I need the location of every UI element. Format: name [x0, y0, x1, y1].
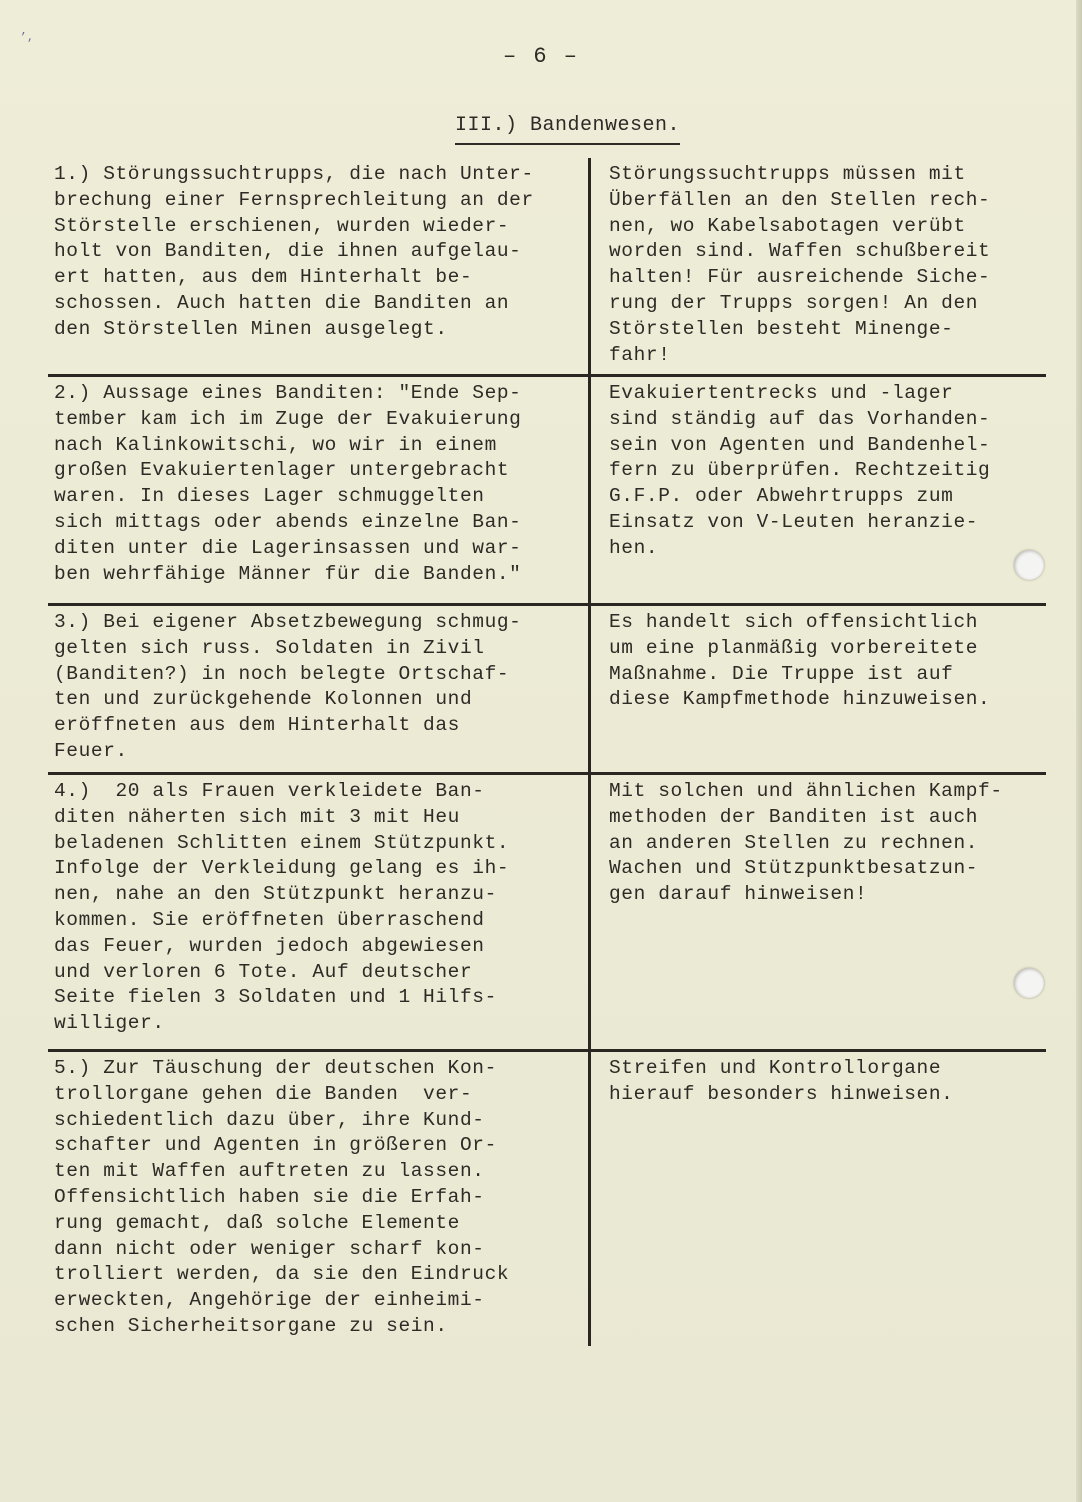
incident-cell: 1.) Störungssuchtrupps, die nach Unter- … [48, 158, 588, 374]
instruction-cell: Es handelt sich offensichtlich um eine p… [588, 606, 1046, 772]
incident-cell: 5.) Zur Täuschung der deutschen Kon- tro… [48, 1052, 588, 1346]
incident-cell: 3.) Bei eigener Absetzbewegung schmug- g… [48, 606, 588, 772]
table-row: 5.) Zur Täuschung der deutschen Kon- tro… [48, 1049, 1046, 1346]
instruction-cell: Evakuiertentrecks und -lager sind ständi… [588, 377, 1046, 603]
table-row: 4.) 20 als Frauen verkleidete Ban- diten… [48, 772, 1046, 1049]
table-row: 1.) Störungssuchtrupps, die nach Unter- … [48, 158, 1046, 374]
incident-cell: 4.) 20 als Frauen verkleidete Ban- diten… [48, 775, 588, 1049]
table-row: 3.) Bei eigener Absetzbewegung schmug- g… [48, 603, 1046, 772]
instruction-cell: Störungssuchtrupps müssen mit Überfällen… [588, 158, 1046, 374]
punch-hole [1014, 968, 1044, 998]
incident-cell: 2.) Aussage eines Banditen: "Ende Sep- t… [48, 377, 588, 603]
two-column-table: 1.) Störungssuchtrupps, die nach Unter- … [48, 158, 1046, 1346]
page-number: – 6 – [0, 44, 1082, 69]
punch-hole [1014, 550, 1044, 580]
instruction-cell: Streifen und Kontrollorgane hierauf beso… [588, 1052, 1046, 1346]
instruction-cell: Mit solchen und ähnlichen Kampf- methode… [588, 775, 1046, 1049]
section-title: III.) Bandenwesen. [455, 114, 680, 145]
document-page: ’‚ – 6 – III.) Bandenwesen. 1.) Störungs… [0, 0, 1082, 1502]
table-row: 2.) Aussage eines Banditen: "Ende Sep- t… [48, 374, 1046, 603]
page-edge [1076, 0, 1082, 1502]
corner-mark: ’‚ [20, 32, 33, 44]
